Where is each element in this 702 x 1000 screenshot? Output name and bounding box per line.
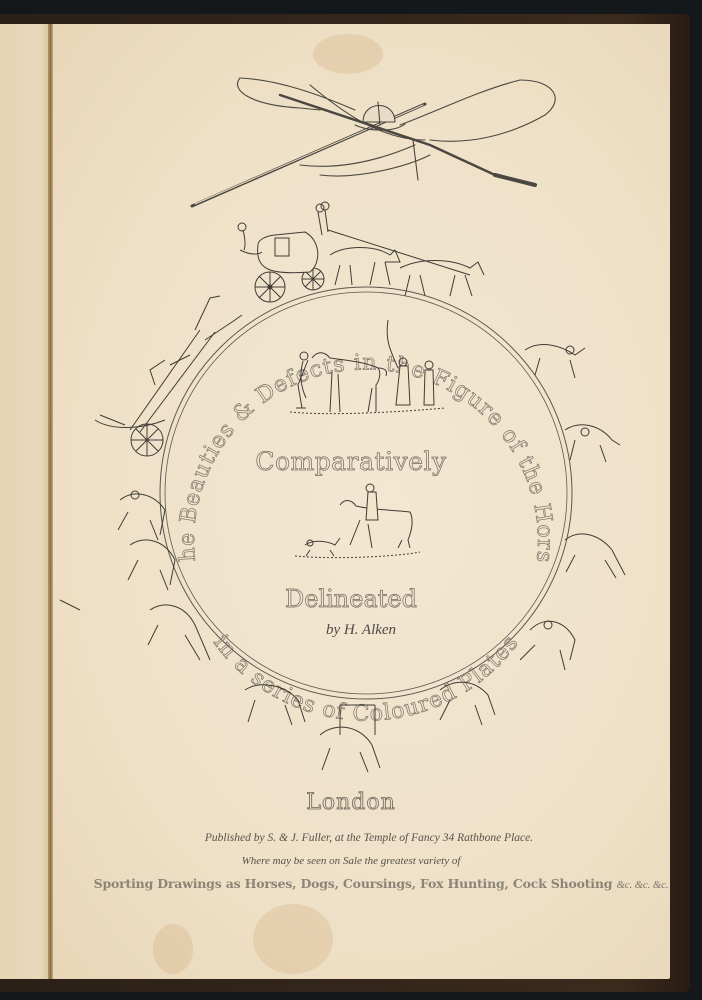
engraving-artwork: The Beauties & Defects in the Figure of …: [0, 0, 702, 1000]
comparatively-word: Comparatively: [0, 447, 702, 476]
delineated-word: Delineated: [0, 585, 702, 613]
author-byline: by H. Alken: [0, 622, 702, 639]
publisher-line: Published by S. & J. Fuller, at the Temp…: [0, 832, 702, 844]
huntsman-hound-icon: [295, 484, 420, 558]
sporting-line: Sporting Drawings as Horses, Dogs, Cours…: [0, 876, 702, 891]
sporting-etc: &c. &c. &c.: [616, 879, 668, 891]
sale-line: Where may be seen on Sale the greatest v…: [0, 855, 702, 867]
title-lower-arc: in a series of Coloured Plates: [208, 630, 524, 726]
imprint-city: London: [0, 790, 702, 815]
title-upper-arc: The Beauties & Defects in the Figure of …: [0, 0, 557, 564]
crossed-whips-icon: [192, 78, 555, 206]
sporting-text: Sporting Drawings as Horses, Dogs, Cours…: [94, 876, 613, 891]
